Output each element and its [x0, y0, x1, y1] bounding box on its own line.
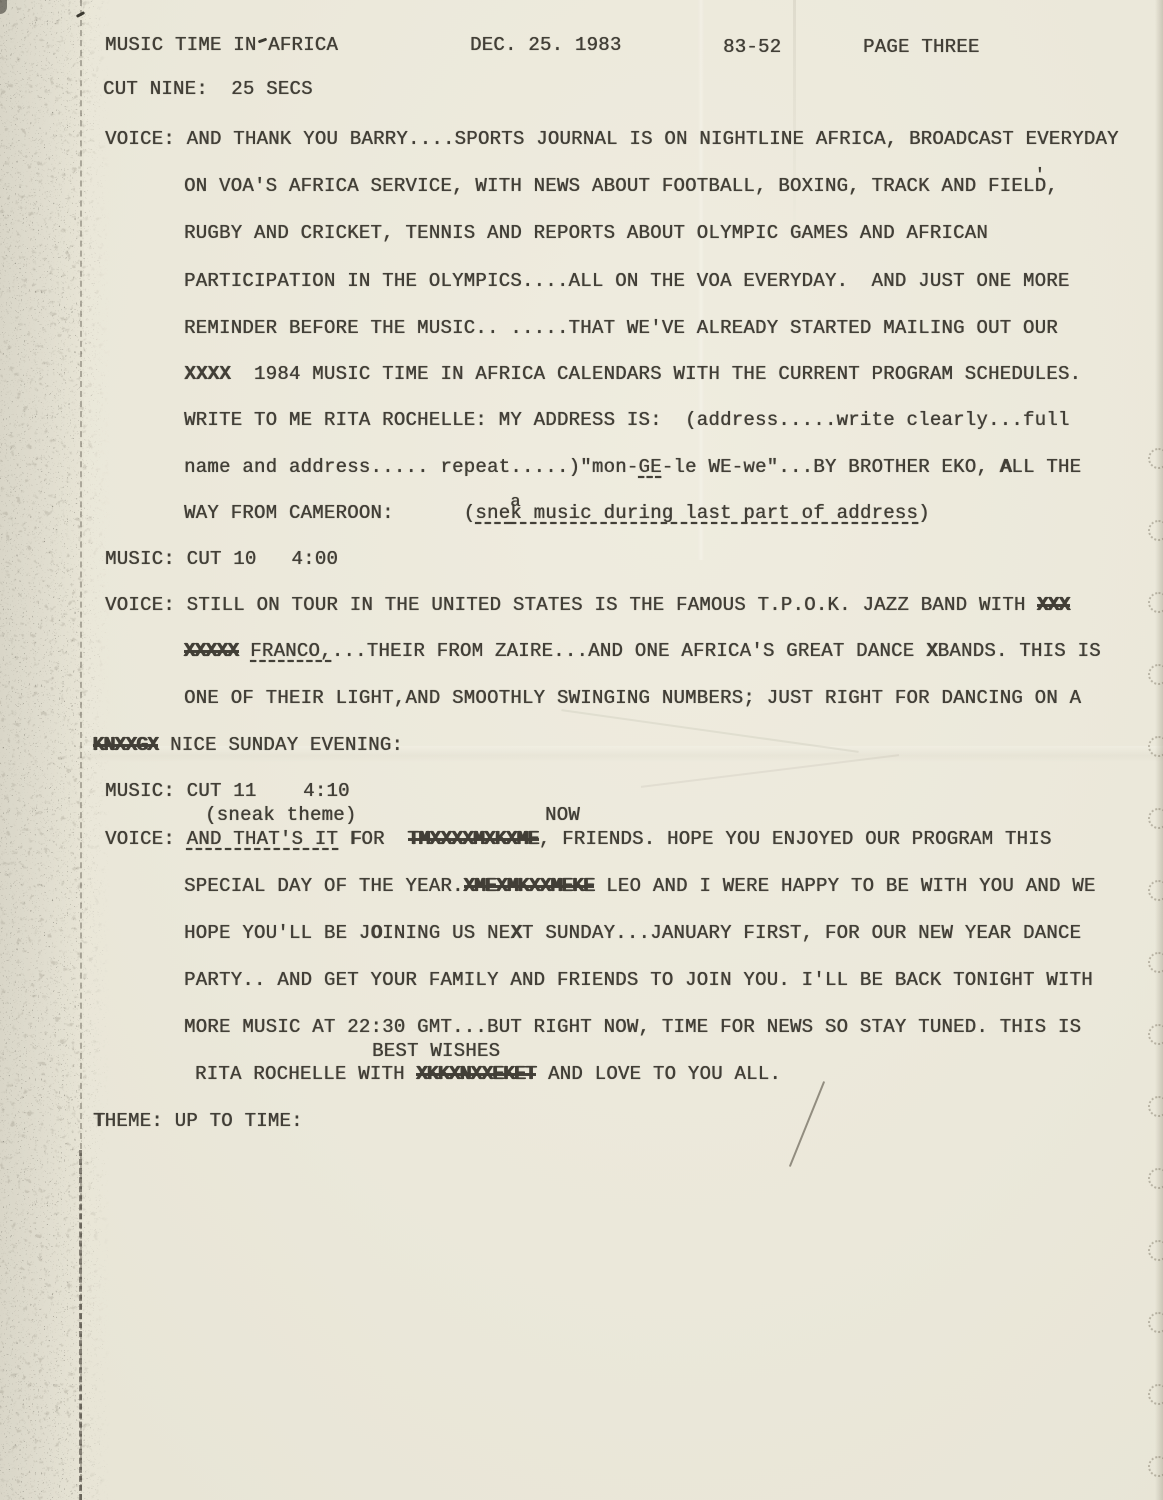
voice-1-line-8: name and address..... repeat.....)"mon-G… [184, 456, 1081, 478]
binding-hole-ghost [1148, 736, 1163, 757]
sneak-theme-note: (sneak theme) [205, 804, 356, 826]
paper-edge-line-dark [79, 1150, 82, 1500]
music-cut-11: MUSIC: CUT 11 4:10 [105, 780, 350, 802]
binding-hole-ghost [1148, 1168, 1163, 1189]
typewritten-page: MUSIC TIME IN AFRICADEC. 25. 198383-52PA… [0, 0, 1163, 1500]
now-insert: NOW [545, 804, 580, 826]
theme-line: THEME: UP TO TIME: [93, 1110, 303, 1132]
binding-hole-ghost [1148, 448, 1163, 469]
voice-1-line-7: WRITE TO ME RITA ROCHELLE: MY ADDRESS IS… [184, 409, 1070, 431]
voice-3-line-3: HOPE YOU'LL BE JOINING US NEXT SUNDAY...… [184, 922, 1081, 944]
voice-3-line-5: MORE MUSIC AT 22:30 GMT...BUT RIGHT NOW,… [184, 1016, 1081, 1038]
voice-2-line-4: KNXXGX NICE SUNDAY EVENING: [93, 734, 403, 756]
binding-hole-ghost [1148, 1096, 1163, 1117]
best-wishes-insert: BEST WISHES [372, 1040, 500, 1062]
cue-line: CUT NINE: 25 SECS [103, 78, 313, 100]
binding-hole-ghost [1148, 1240, 1163, 1261]
binding-hole-ghost [1148, 664, 1163, 685]
binding-hole-ghost [1148, 880, 1163, 901]
music-cut-10: MUSIC: CUT 10 4:00 [105, 548, 338, 570]
header-page: PAGE THREE [863, 36, 980, 58]
voice-3-line-6: RITA ROCHELLE WITH XKKXNXXEKET AND LOVE … [195, 1063, 781, 1085]
voice-2-line-3: ONE OF THEIR LIGHT,AND SMOOTHLY SWINGING… [184, 687, 1081, 709]
header-title: MUSIC TIME IN AFRICA [105, 34, 338, 56]
binding-hole-ghost [1148, 1024, 1163, 1045]
header-number: 83-52 [723, 36, 781, 58]
voice-1-line-1: VOICE: AND THANK YOU BARRY....SPORTS JOU… [105, 128, 1119, 150]
voice-3-line-4: PARTY.. AND GET YOUR FAMILY AND FRIENDS … [184, 969, 1093, 991]
voice-1-line-2: ON VOA'S AFRICA SERVICE, WITH NEWS ABOUT… [184, 175, 1058, 199]
pen-scratch-mark [789, 1081, 825, 1167]
binding-hole-ghost [1148, 808, 1163, 829]
binding-hole-ghost [1148, 520, 1163, 541]
binding-hole-ghost [1148, 1456, 1163, 1477]
binding-hole-ghost [1148, 1384, 1163, 1405]
vertical-crease-shadow [793, 0, 796, 240]
voice-1-line-9: WAY FROM CAMEROON: (sneak music during l… [184, 502, 930, 526]
voice-3-line-1: VOICE: AND THAT'S IT FOR TMXXXXMXKXME, F… [105, 828, 1052, 850]
voice-3-line-2: SPECIAL DAY OF THE YEAR.XMEXMKXXMEKE LEO… [184, 875, 1096, 897]
binding-hole-ghost [1148, 952, 1163, 973]
header-date: DEC. 25. 1983 [470, 34, 621, 56]
voice-1-line-6: XXXX 1984 MUSIC TIME IN AFRICA CALENDARS… [184, 363, 1081, 385]
voice-1-line-5: REMINDER BEFORE THE MUSIC.. .....THAT WE… [184, 317, 1058, 339]
binding-hole-ghost [1148, 1312, 1163, 1333]
voice-1-line-4: PARTICIPATION IN THE OLYMPICS....ALL ON … [184, 270, 1070, 292]
voice-1-line-3: RUGBY AND CRICKET, TENNIS AND REPORTS AB… [184, 222, 988, 244]
binding-hole-ghost [1148, 592, 1163, 613]
voice-2-line-2: XXXXX FRANCO,...THEIR FROM ZAIRE...AND O… [184, 640, 1101, 662]
voice-2-line-1: VOICE: STILL ON TOUR IN THE UNITED STATE… [105, 594, 1070, 616]
